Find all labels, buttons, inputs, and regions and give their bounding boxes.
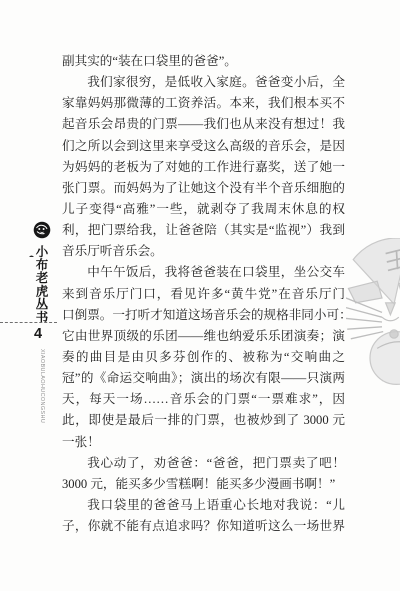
text-line: 我口袋里的爸爸马上语重心长地对我说：“儿 [62,495,345,516]
body-text: 副其实的“装在口袋里的爸爸”。 我们家很穷，是低收入家庭。爸爸变小后，全 家靠妈… [62,51,345,537]
text-line: 冠”的《命运交响曲》；演出的场次有限——只演两 [62,368,345,389]
text-line: 我们家很穷，是低收入家庭。爸爸变小后，全 [62,72,345,93]
text-line: 我心动了，劝爸爸：“爸爸，把门票卖了吧！ [62,453,345,474]
text-line: 奏的曲目是由贝多芬创作的、被称为“交响曲之 [62,347,345,368]
tiger-watermark-image [346,238,400,378]
text-line: 音乐厅听音乐会。 [62,241,345,262]
text-line: 利，把门票给我，让爸爸陪（其实是“监视”）我到 [62,220,345,241]
series-title-vertical: 小布老虎丛书 [33,245,48,329]
series-title-pinyin: XIAOBULAOHUCONGSHU [39,349,45,423]
text-line: 子，你就不能有点追求吗？你知道听这么一场世界 [62,516,345,537]
text-line: 它由世界顶级的乐团——维也纳爱乐乐团演奏；演 [62,326,345,347]
page-number: 4 [22,326,54,342]
text-line: 天，每天一场……音乐会的门票“一票难求”，因 [62,389,345,410]
text-line: 一张！ [62,432,345,453]
text-line: 张门票。而妈妈为了让她这个没有半个音乐细胞的 [62,178,345,199]
dashed-divider [0,322,57,323]
text-line: 中午午饭后，我将爸爸装在口袋里，坐公交车 [62,262,345,283]
text-line: 此，即使是最后一排的门票，也被炒到了 3000 元 [62,410,345,431]
text-line: 来到音乐厅门口，看见许多“黄牛党”在音乐厅门 [62,284,345,305]
text-line: 3000 元，能买多少雪糕啊！能买多少漫画书啊！” [62,474,345,495]
text-line: 儿子变得“高雅”一些，就剥夺了我周末休息的权 [62,199,345,220]
series-sidebar: 小布老虎丛书 4 XIAOBULAOHUCONGSHU [0,0,58,591]
text-line: 副其实的“装在口袋里的爸爸”。 [62,51,345,72]
text-line: 家靠妈妈那微薄的工资养活。本来，我们根本买不 [62,93,345,114]
text-line: 们之所以会到这里来享受这么高级的音乐会，是因 [62,136,345,157]
series-logo-icon [33,221,51,239]
text-line: 口倒票。一打听才知道这场音乐会的规格非同小可： [62,305,345,326]
text-line: 为妈妈的老板为了对她的工作进行嘉奖，送了她一 [62,157,345,178]
book-page: 小布老虎丛书 4 XIAOBULAOHUCONGSHU [0,0,400,591]
text-line: 起音乐会昂贵的门票——我们也从来没有想过！我 [62,114,345,135]
